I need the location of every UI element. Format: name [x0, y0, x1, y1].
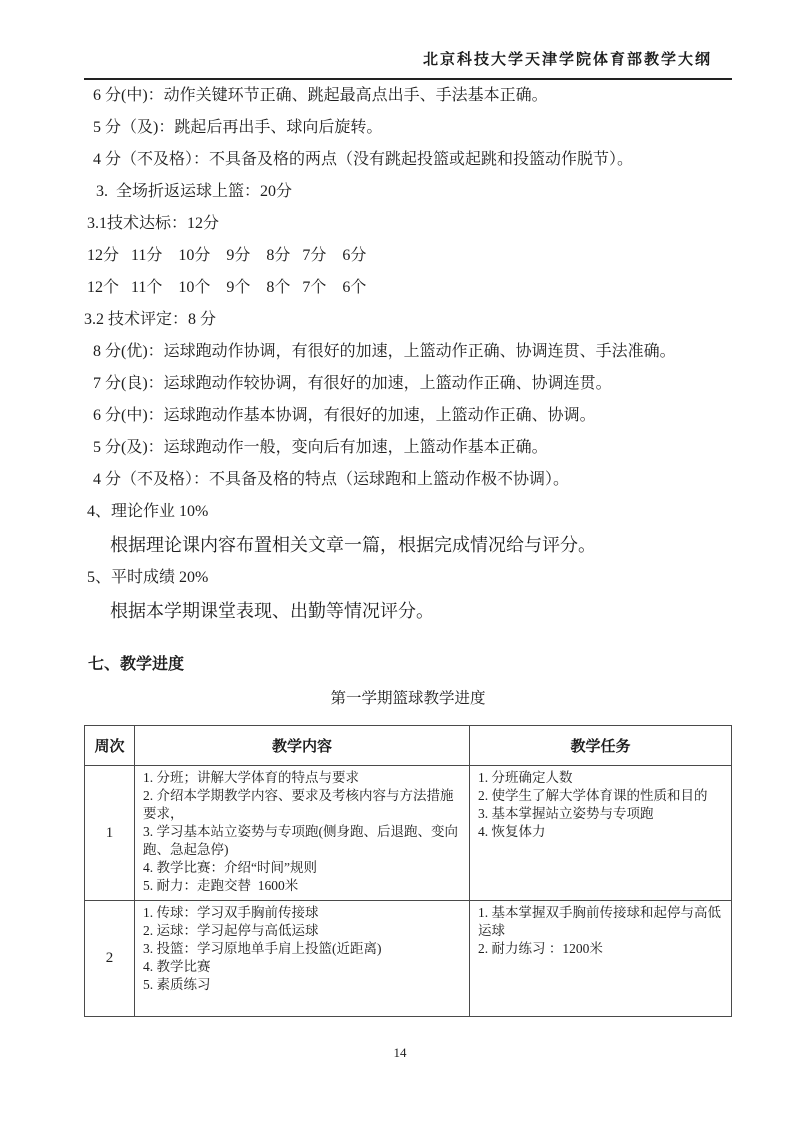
eval-7pt-good: 7 分(良)：运球跑动作较协调，有很好的加速，上篮动作正确、协调连贯。 [84, 368, 732, 400]
week1-content-cell: 1. 分班；讲解大学体育的特点与要求 2. 介绍本学期教学内容、要求及考核内容与… [135, 766, 470, 901]
content-item: 3. 投篮：学习原地单手肩上投篮(近距离) [143, 940, 463, 958]
grading-line-6pt-mid: 6 分(中)：动作关键环节正确、跳起最高点出手、手法基本正确。 [84, 80, 732, 112]
content-item: 4. 教学比赛 [143, 958, 463, 976]
eval-8pt-excellent: 8 分(优)：运球跑动作协调，有很好的加速，上篮动作正确、协调连贯、手法准确。 [84, 336, 732, 368]
schedule-table: 周次 教学内容 教学任务 1 1. 分班；讲解大学体育的特点与要求 2. 介绍本… [84, 725, 732, 1017]
task-item: 1. 分班确定人数 [478, 769, 725, 787]
document-page: 北京科技大学天津学院体育部教学大纲 6 分(中)：动作关键环节正确、跳起最高点出… [0, 0, 800, 1131]
page-number: 14 [0, 1045, 800, 1061]
task-item: 2. 耐力练习 ：1200米 [478, 940, 725, 958]
eval-6pt-mid: 6 分(中)：运球跑动作基本协调，有很好的加速，上篮动作正确、协调。 [84, 400, 732, 432]
week2-tasks-cell: 1. 基本掌握双手胸前传接球和起停与高低运球 2. 耐力练习 ：1200米 [470, 901, 732, 1017]
content-item: 3. 学习基本站立姿势与专项跑(侧身跑、后退跑、变向跑、急起急停) [143, 823, 463, 859]
item4-title: 4、理论作业 10% [84, 496, 732, 528]
document-content: 6 分(中)：动作关键环节正确、跳起最高点出手、手法基本正确。 5 分（及)：跳… [84, 80, 732, 1017]
column-header-week: 周次 [85, 726, 135, 766]
table-header-row: 周次 教学内容 教学任务 [85, 726, 732, 766]
item3-title: 3. 全场折返运球上篮：20分 [84, 176, 732, 208]
item4-description: 根据理论课内容布置相关文章一篇，根据完成情况给与评分。 [84, 528, 732, 562]
content-item: 2. 介绍本学期教学内容、要求及考核内容与方法措施要求， [143, 787, 463, 823]
column-header-content: 教学内容 [135, 726, 470, 766]
column-header-tasks: 教学任务 [470, 726, 732, 766]
grading-line-4pt-fail: 4 分（不及格）：不具备及格的两点（没有跳起投篮或起跳和投篮动作脱节）。 [84, 144, 732, 176]
task-item: 4. 恢复体力 [478, 823, 725, 841]
content-item: 1. 传球：学习双手胸前传接球 [143, 904, 463, 922]
content-item: 2. 运球：学习起停与高低运球 [143, 922, 463, 940]
eval-4pt-fail: 4 分（不及格）：不具备及格的特点（运球跑和上篮动作极不协调）。 [84, 464, 732, 496]
content-item: 1. 分班；讲解大学体育的特点与要求 [143, 769, 463, 787]
week1-number: 1 [85, 766, 135, 901]
item5-title: 5、平时成绩 20% [84, 562, 732, 594]
section-heading: 七、教学进度 [84, 650, 732, 680]
table-title: 第一学期篮球教学进度 [84, 686, 732, 712]
content-item: 5. 耐力：走跑交替 1600米 [143, 877, 463, 895]
table-row-week1: 1 1. 分班；讲解大学体育的特点与要求 2. 介绍本学期教学内容、要求及考核内… [85, 766, 732, 901]
task-item: 3. 基本掌握站立姿势与专项跑 [478, 805, 725, 823]
score-scale-counts: 12个 11个 10个 9个 8个 7个 6个 [84, 272, 732, 304]
item3-2-evaluation: 3.2 技术评定：8 分 [84, 304, 732, 336]
table-row-week2: 2 1. 传球：学习双手胸前传接球 2. 运球：学习起停与高低运球 3. 投篮：… [85, 901, 732, 1017]
eval-5pt-pass: 5 分(及)：运球跑动作一般，变向后有加速，上篮动作基本正确。 [84, 432, 732, 464]
content-item: 4. 教学比赛：介绍“时间”规则 [143, 859, 463, 877]
week2-number: 2 [85, 901, 135, 1017]
task-item: 1. 基本掌握双手胸前传接球和起停与高低运球 [478, 904, 725, 940]
task-item: 2. 使学生了解大学体育课的性质和目的 [478, 787, 725, 805]
grading-line-5pt-pass: 5 分（及)：跳起后再出手、球向后旋转。 [84, 112, 732, 144]
document-header: 北京科技大学天津学院体育部教学大纲 [0, 0, 800, 70]
content-item: 5. 素质练习 [143, 976, 463, 994]
item5-description: 根据本学期课堂表现、出勤等情况评分。 [84, 594, 732, 628]
score-scale-points: 12分 11分 10分 9分 8分 7分 6分 [84, 240, 732, 272]
week2-content-cell: 1. 传球：学习双手胸前传接球 2. 运球：学习起停与高低运球 3. 投篮：学习… [135, 901, 470, 1017]
item3-1-standard: 3.1技术达标：12分 [84, 208, 732, 240]
header-title: 北京科技大学天津学院体育部教学大纲 [423, 52, 712, 68]
week1-tasks-cell: 1. 分班确定人数 2. 使学生了解大学体育课的性质和目的 3. 基本掌握站立姿… [470, 766, 732, 901]
